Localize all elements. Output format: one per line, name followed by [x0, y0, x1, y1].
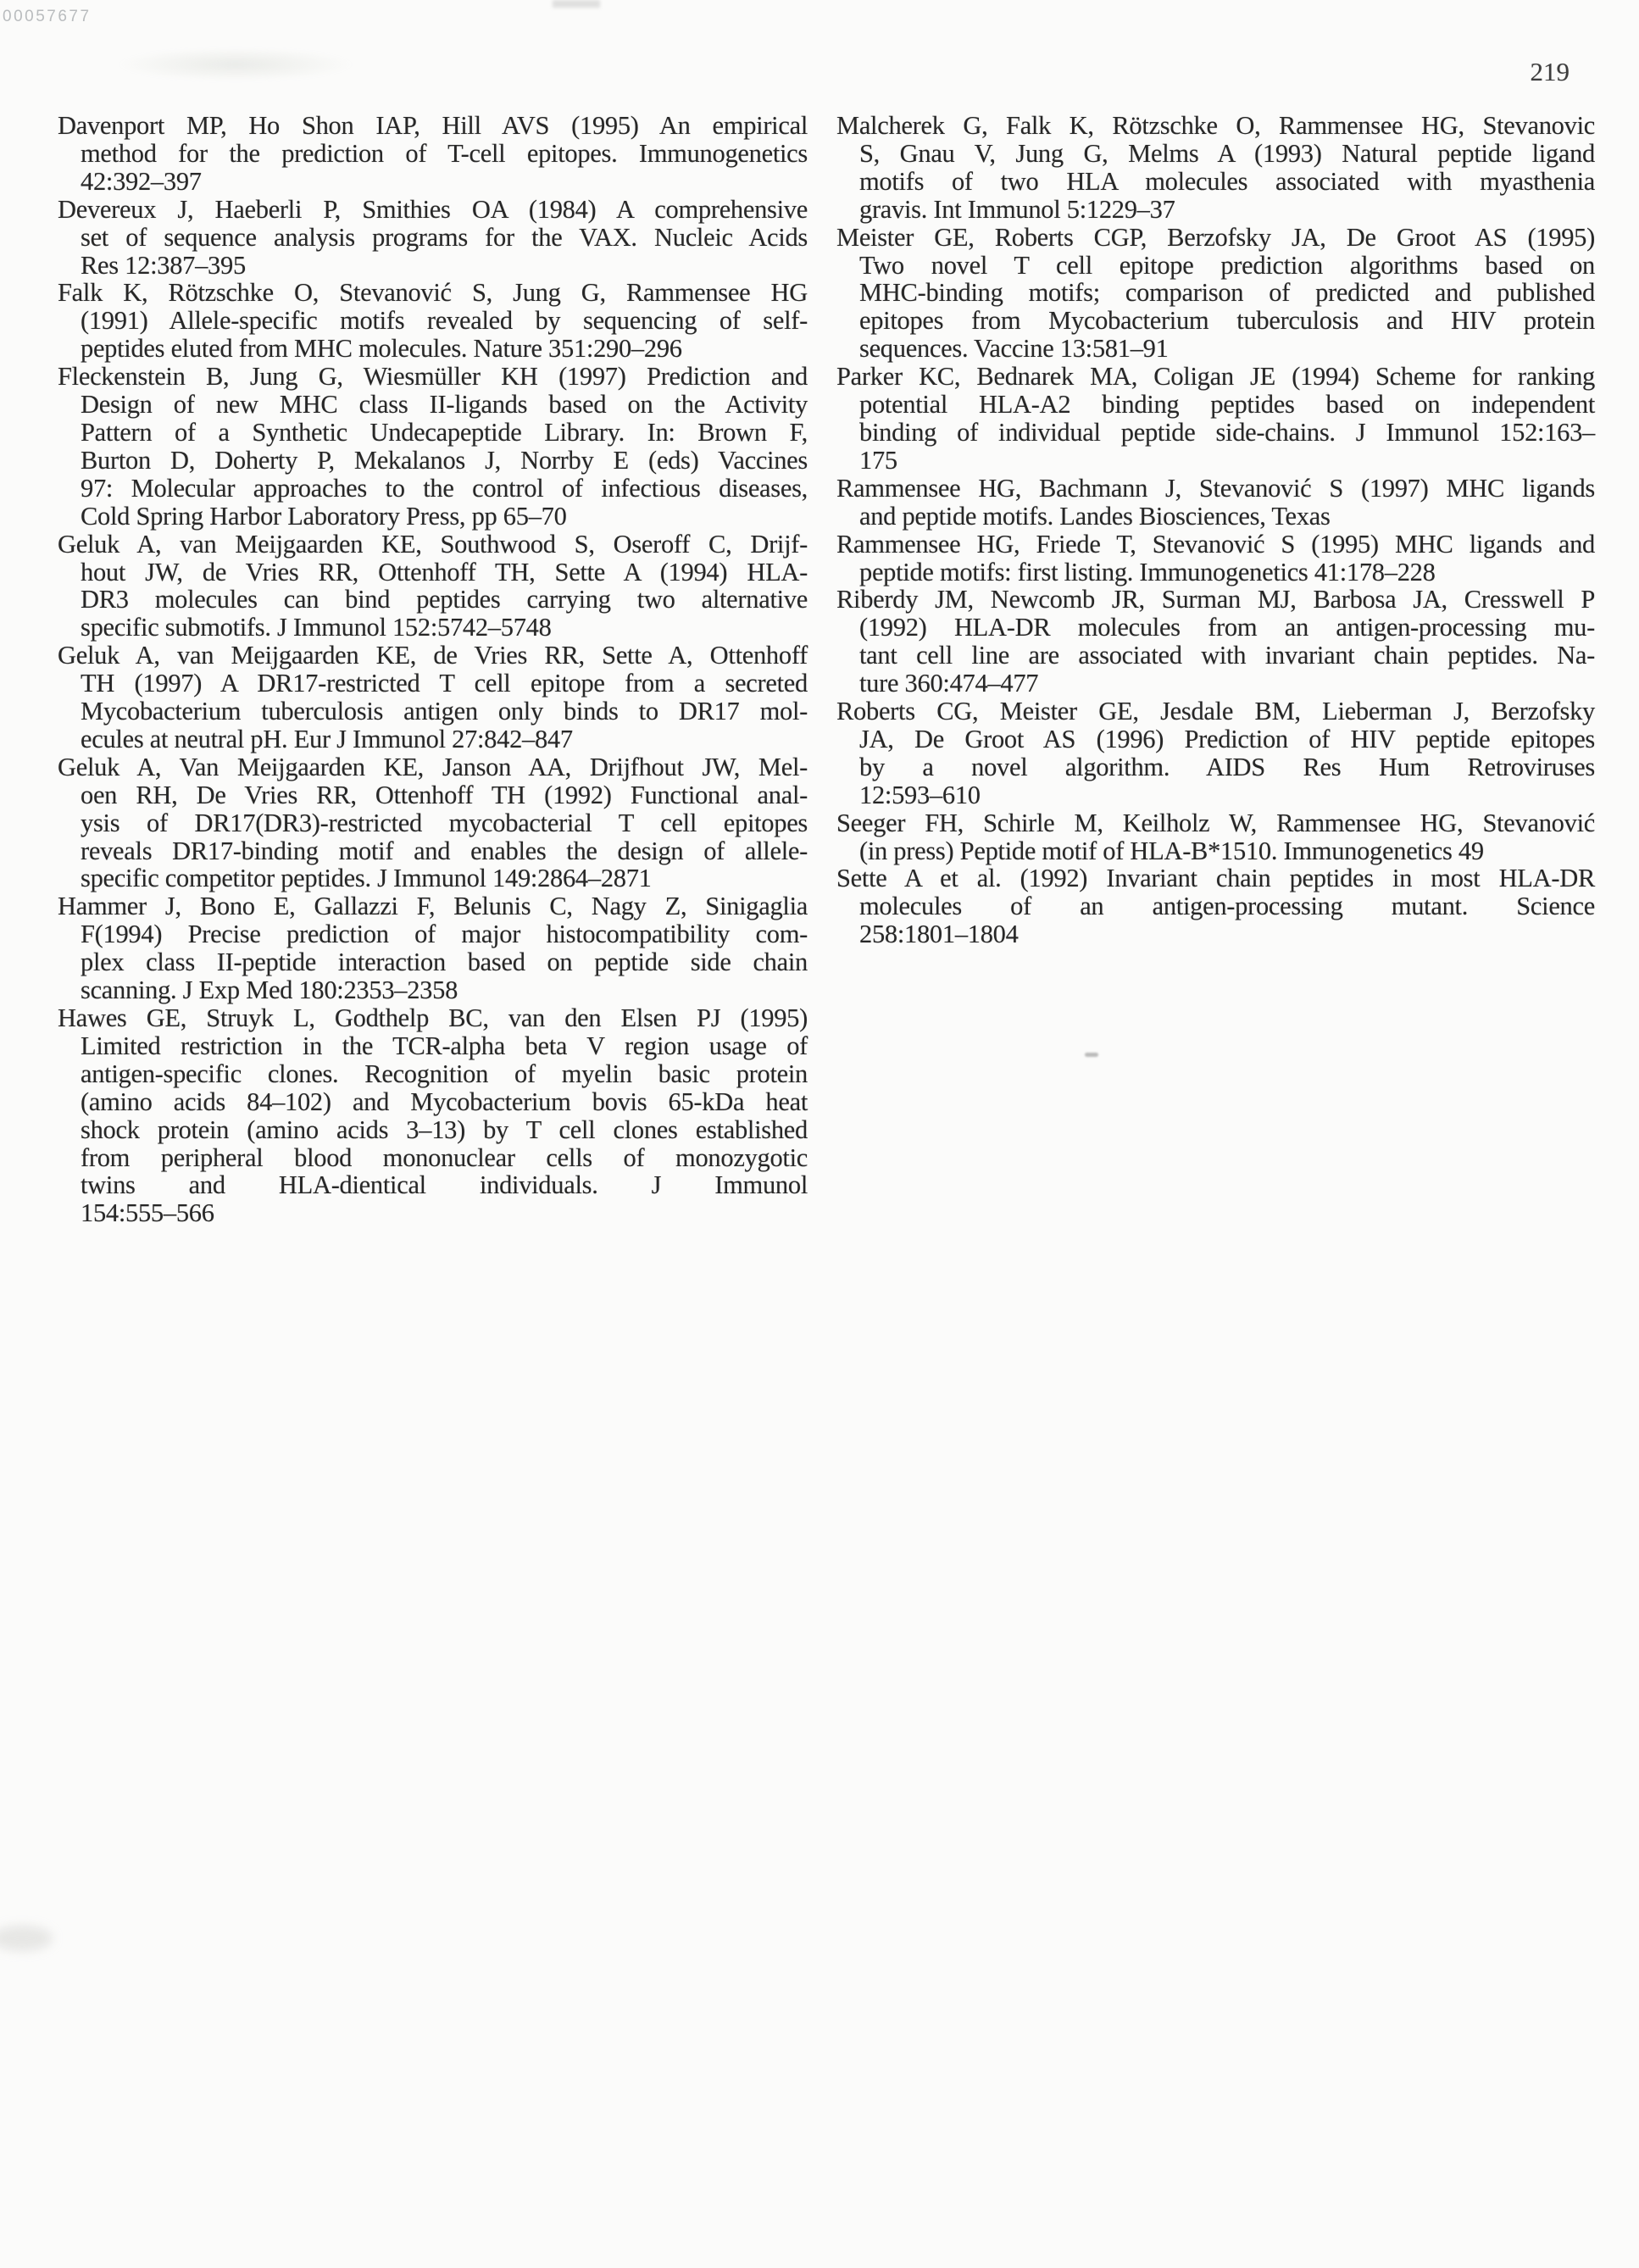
reference-line: gravis. Int Immunol 5:1229–37 — [836, 196, 1595, 224]
reference-line: JA, De Groot AS (1996) Prediction of HIV… — [836, 725, 1595, 753]
reference-line: Fleckenstein B, Jung G, Wiesmüller KH (1… — [58, 363, 808, 391]
scan-smudge — [553, 0, 600, 8]
reference-line: ture 360:474–477 — [836, 670, 1595, 698]
reference-line: epitopes from Mycobacterium tuberculosis… — [836, 307, 1595, 335]
reference-entry: Rammensee HG, Bachmann J, Stevanović S (… — [836, 475, 1595, 531]
reference-entry: Falk K, Rötzschke O, Stevanović S, Jung … — [58, 279, 808, 363]
reference-line: Devereux J, Haeberli P, Smithies OA (198… — [58, 196, 808, 224]
reference-line: Rammensee HG, Friede T, Stevanović S (19… — [836, 531, 1595, 559]
reference-line: Davenport MP, Ho Shon IAP, Hill AVS (199… — [58, 112, 808, 140]
reference-line: antigen-specific clones. Recognition of … — [58, 1060, 808, 1088]
reference-line: Malcherek G, Falk K, Rötzschke O, Rammen… — [836, 112, 1595, 140]
reference-line: (amino acids 84–102) and Mycobacterium b… — [58, 1088, 808, 1116]
reference-line: Two novel T cell epitope prediction algo… — [836, 252, 1595, 280]
reference-entry: Geluk A, Van Meijgaarden KE, Janson AA, … — [58, 753, 808, 893]
reference-entry: Roberts CG, Meister GE, Jesdale BM, Lieb… — [836, 698, 1595, 809]
reference-line: (1991) Allele-specific motifs revealed b… — [58, 307, 808, 335]
reference-line: Hawes GE, Struyk L, Godthelp BC, van den… — [58, 1004, 808, 1032]
reference-line: by a novel algorithm. AIDS Res Hum Retro… — [836, 753, 1595, 781]
reference-line: Design of new MHC class II-ligands based… — [58, 391, 808, 419]
reference-entry: Rammensee HG, Friede T, Stevanović S (19… — [836, 531, 1595, 586]
reference-line: 97: Molecular approaches to the control … — [58, 475, 808, 503]
reference-line: peptides eluted from MHC molecules. Natu… — [58, 335, 808, 363]
reference-line: Meister GE, Roberts CGP, Berzofsky JA, D… — [836, 224, 1595, 252]
reference-entry: Davenport MP, Ho Shon IAP, Hill AVS (199… — [58, 112, 808, 196]
reference-entry: Fleckenstein B, Jung G, Wiesmüller KH (1… — [58, 363, 808, 530]
reference-line: 154:555–566 — [58, 1199, 808, 1227]
reference-line: 12:593–610 — [836, 781, 1595, 809]
reference-line: Burton D, Doherty P, Mekalanos J, Norrby… — [58, 447, 808, 475]
reference-line: peptide motifs: first listing. Immunogen… — [836, 559, 1595, 586]
reference-line: method for the prediction of T-cell epit… — [58, 140, 808, 168]
scan-speck — [1085, 1053, 1098, 1057]
page-number: 219 — [1490, 57, 1570, 87]
scanned-page: 00057677 219 Davenport MP, Ho Shon IAP, … — [0, 0, 1639, 2268]
reference-line: (1992) HLA-DR molecules from an antigen-… — [836, 614, 1595, 642]
reference-line: specific competitor peptides. J Immunol … — [58, 864, 808, 892]
reference-line: hout JW, de Vries RR, Ottenhoff TH, Sett… — [58, 559, 808, 586]
reference-entry: Malcherek G, Falk K, Rötzschke O, Rammen… — [836, 112, 1595, 224]
reference-entry: Geluk A, van Meijgaarden KE, de Vries RR… — [58, 642, 808, 753]
reference-line: Roberts CG, Meister GE, Jesdale BM, Lieb… — [836, 698, 1595, 725]
reference-entry: Geluk A, van Meijgaarden KE, Southwood S… — [58, 531, 808, 642]
reference-entry: Riberdy JM, Newcomb JR, Surman MJ, Barbo… — [836, 586, 1595, 698]
reference-line: and peptide motifs. Landes Biosciences, … — [836, 503, 1595, 531]
reference-line: F(1994) Precise prediction of major hist… — [58, 920, 808, 948]
reference-line: Cold Spring Harbor Laboratory Press, pp … — [58, 503, 808, 531]
reference-line: Riberdy JM, Newcomb JR, Surman MJ, Barbo… — [836, 586, 1595, 614]
reference-line: Geluk A, van Meijgaarden KE, de Vries RR… — [58, 642, 808, 670]
reference-line: from peripheral blood mononuclear cells … — [58, 1144, 808, 1172]
reference-line: specific submotifs. J Immunol 152:5742–5… — [58, 614, 808, 642]
reference-line: Hammer J, Bono E, Gallazzi F, Belunis C,… — [58, 892, 808, 920]
reference-line: set of sequence analysis programs for th… — [58, 224, 808, 252]
reference-line: DR3 molecules can bind peptides carrying… — [58, 586, 808, 614]
reference-line: Res 12:387–395 — [58, 252, 808, 280]
reference-line: Falk K, Rötzschke O, Stevanović S, Jung … — [58, 279, 808, 307]
reference-line: tant cell line are associated with invar… — [836, 642, 1595, 670]
reference-line: oen RH, De Vries RR, Ottenhoff TH (1992)… — [58, 781, 808, 809]
reference-line: Rammensee HG, Bachmann J, Stevanović S (… — [836, 475, 1595, 503]
reference-line: MHC-binding motifs; comparison of predic… — [836, 279, 1595, 307]
reference-line: scanning. J Exp Med 180:2353–2358 — [58, 976, 808, 1004]
reference-line: 42:392–397 — [58, 168, 808, 196]
reference-line: reveals DR17-binding motif and enables t… — [58, 837, 808, 865]
reference-line: Mycobacterium tuberculosis antigen only … — [58, 698, 808, 725]
reference-line: Pattern of a Synthetic Undecapeptide Lib… — [58, 419, 808, 447]
reference-line: Sette A et al. (1992) Invariant chain pe… — [836, 864, 1595, 892]
reference-line: motifs of two HLA molecules associated w… — [836, 168, 1595, 196]
reference-line: 258:1801–1804 — [836, 920, 1595, 948]
reference-entry: Sette A et al. (1992) Invariant chain pe… — [836, 864, 1595, 948]
reference-line: plex class II-peptide interaction based … — [58, 948, 808, 976]
scan-smudge — [0, 1926, 53, 1951]
reference-line: 175 — [836, 447, 1595, 475]
scan-smudge — [117, 47, 354, 81]
reference-entry: Hawes GE, Struyk L, Godthelp BC, van den… — [58, 1004, 808, 1227]
reference-line: shock protein (amino acids 3–13) by T ce… — [58, 1116, 808, 1144]
reference-line: molecules of an antigen-processing mutan… — [836, 892, 1595, 920]
reference-line: Seeger FH, Schirle M, Keilholz W, Rammen… — [836, 809, 1595, 837]
reference-line: Limited restriction in the TCR-alpha bet… — [58, 1032, 808, 1060]
reference-entry: Meister GE, Roberts CGP, Berzofsky JA, D… — [836, 224, 1595, 364]
reference-line: Geluk A, van Meijgaarden KE, Southwood S… — [58, 531, 808, 559]
reference-line: TH (1997) A DR17-restricted T cell epito… — [58, 670, 808, 698]
reference-entry: Seeger FH, Schirle M, Keilholz W, Rammen… — [836, 809, 1595, 865]
scan-watermark-number: 00057677 — [3, 8, 92, 26]
reference-line: binding of individual peptide side-chain… — [836, 419, 1595, 447]
reference-entry: Parker KC, Bednarek MA, Coligan JE (1994… — [836, 363, 1595, 475]
references-column-right: Malcherek G, Falk K, Rötzschke O, Rammen… — [836, 112, 1595, 948]
reference-line: S, Gnau V, Jung G, Melms A (1993) Natura… — [836, 140, 1595, 168]
reference-line: Parker KC, Bednarek MA, Coligan JE (1994… — [836, 363, 1595, 391]
reference-line: sequences. Vaccine 13:581–91 — [836, 335, 1595, 363]
reference-line: potential HLA-A2 binding peptides based … — [836, 391, 1595, 419]
reference-line: ysis of DR17(DR3)-restricted mycobacteri… — [58, 809, 808, 837]
reference-line: ecules at neutral pH. Eur J Immunol 27:8… — [58, 725, 808, 753]
references-column-left: Davenport MP, Ho Shon IAP, Hill AVS (199… — [58, 112, 808, 1227]
reference-line: Geluk A, Van Meijgaarden KE, Janson AA, … — [58, 753, 808, 781]
reference-line: twins and HLA-dientical individuals. J I… — [58, 1171, 808, 1199]
reference-entry: Devereux J, Haeberli P, Smithies OA (198… — [58, 196, 808, 280]
reference-entry: Hammer J, Bono E, Gallazzi F, Belunis C,… — [58, 892, 808, 1004]
reference-line: (in press) Peptide motif of HLA-B*1510. … — [836, 837, 1595, 865]
